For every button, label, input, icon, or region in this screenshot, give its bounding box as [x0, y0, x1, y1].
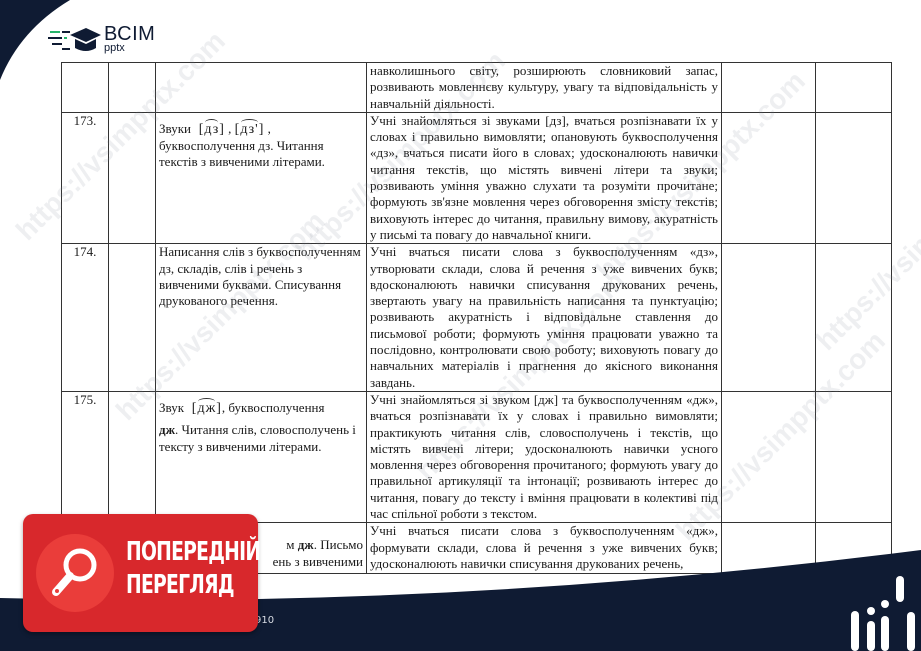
magnifier-icon	[36, 534, 114, 612]
lesson-number	[62, 63, 109, 113]
empty-cell	[722, 244, 816, 392]
empty-cell	[722, 391, 816, 522]
preview-badge[interactable]: ПОПЕРЕДНІЙ ПЕРЕГЛЯД	[23, 514, 258, 632]
lesson-topic: Написання слів з буквосполученням дз, ск…	[156, 244, 367, 392]
lesson-description: Учні вчаться писати слова з буквосполуче…	[367, 244, 722, 392]
lesson-number: 173.	[62, 112, 109, 243]
transcription: [дж]	[187, 401, 222, 416]
table-row: 175. Звук [дж], буквосполучення дж. Чита…	[62, 391, 892, 522]
empty-cell	[722, 112, 816, 243]
lesson-topic	[156, 63, 367, 113]
table-row: навколишнього світу, розширюють словнико…	[62, 63, 892, 113]
date-cell	[109, 391, 156, 522]
lesson-topic: Звуки [дз] , [дз'] , буквосполучення дз.…	[156, 112, 367, 243]
lesson-number: 175.	[62, 391, 109, 522]
lesson-plan-table: навколишнього світу, розширюють словнико…	[61, 62, 892, 574]
empty-cell	[816, 391, 892, 522]
table-row: 173. Звуки [дз] , [дз'] , буквосполученн…	[62, 112, 892, 243]
empty-cell	[722, 63, 816, 113]
empty-cell	[816, 112, 892, 243]
transcription: [дз]	[194, 122, 225, 137]
lesson-topic: Звук [дж], буквосполучення дж. Читання с…	[156, 391, 367, 522]
date-cell	[109, 244, 156, 392]
preview-label: ПОПЕРЕДНІЙ ПЕРЕГЛЯД	[126, 536, 260, 602]
table-row: 174. Написання слів з буквосполученням д…	[62, 244, 892, 392]
lesson-number: 174.	[62, 244, 109, 392]
lesson-description: навколишнього світу, розширюють словнико…	[367, 63, 722, 113]
lesson-description: Учні знайомляться зі звуком [дж] та букв…	[367, 391, 722, 522]
empty-cell	[816, 63, 892, 113]
empty-cell	[816, 244, 892, 392]
brand-logo: ВСІМ pptx	[48, 24, 155, 54]
date-cell	[109, 112, 156, 243]
transcription: [дз']	[235, 122, 265, 137]
graduation-cap-icon	[48, 24, 102, 54]
brand-name: ВСІМ	[104, 24, 155, 44]
bars-decoration	[847, 576, 917, 651]
lesson-description: Учні знайомляться зі звуками [дз], вчать…	[367, 112, 722, 243]
date-cell	[109, 63, 156, 113]
